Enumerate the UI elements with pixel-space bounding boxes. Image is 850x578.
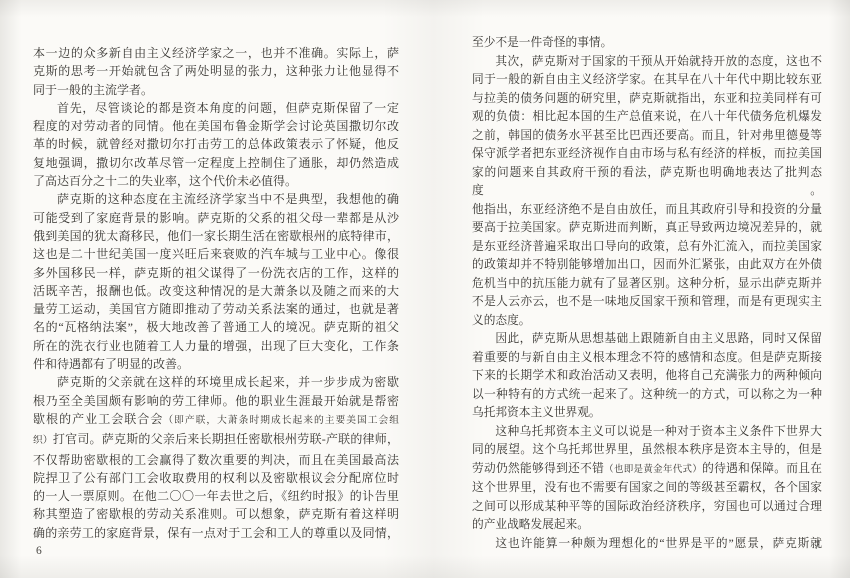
paragraph: 首先，尽管谈论的都是资本角度的问题，但萨克斯保留了一定程度的对劳动者的同情。他在… bbox=[33, 99, 399, 190]
inline-small-note: （即产联，大萧条时期成长起来的主要美国工会组 bbox=[163, 415, 399, 426]
text-line: 同于一般的新自由主义经济学家。在其早在八十年代中期比较东亚 bbox=[472, 71, 822, 90]
text-line: 家的问题来自其政府干预的看法，萨克斯也明确地表达了批判态度。 bbox=[472, 164, 822, 201]
text-line: 这种乌托邦资本主义可以说是一种对于资本主义条件下世界大 bbox=[472, 423, 822, 442]
paragraph: 因此，萨克斯从思想基础上跟随新自由主义思路，同时又保留着重要的与新自由主义根本理… bbox=[472, 330, 822, 423]
page-number-right: 7 bbox=[814, 540, 820, 552]
inline-small-note: 织） bbox=[33, 435, 53, 446]
text-line: 根乃至全美国颇有影响的劳工律师。他的职业生涯最开始就是帮密 bbox=[33, 392, 399, 410]
text-line: 革的时候，就曾经对撒切尔打击劳工的总体政策表示了怀疑，他反 bbox=[33, 135, 399, 153]
text-line: 劳动仍然能够得到还不错（也即是黄金年代式）的待遇和保障。而且在 bbox=[472, 460, 822, 480]
paragraph: 这也许能算一种颇为理想化的“世界是平的”愿景，萨克斯就 bbox=[472, 535, 822, 554]
text-line: 俄到美国的犹太裔移民，他们一家长期生活在密歇根州的底特律市， bbox=[33, 227, 399, 245]
left-page-text: 本一边的众多新自由主义经济学家之一，也并不准确。实际上，萨克斯的思考一开始就包含… bbox=[33, 44, 399, 542]
text-line: 萨克斯的这种态度在主流经济学家当中不是典型，我想他的确 bbox=[33, 190, 399, 208]
text-line: 是东亚经济普遍采取出口导向的政策，总有外汇流入，而拉美国家 bbox=[472, 238, 822, 257]
text-line: 确的亲劳工的家庭背景，保有一点对于工会和工人的尊重以及同情， bbox=[33, 524, 399, 542]
scan-speck bbox=[372, 530, 374, 532]
paragraph: 这种乌托邦资本主义可以说是一种对于资本主义条件下世界大同的展望。这个乌托邦世界里… bbox=[472, 423, 822, 535]
text-line: 他指出，东亚经济绝不是自由放任，而且其政府引导和投资的分量 bbox=[472, 201, 822, 220]
text-line: 不仅帮助密歇根的工会赢得了数次重要的判决，而且在美国最高法 bbox=[33, 451, 399, 469]
text-line: 萨克斯的父亲就在这样的环境里成长起来，并一步步成为密歇 bbox=[33, 373, 399, 391]
text-line: 可能受到了家庭背景的影响。萨克斯的父系的祖父母一辈都是从沙 bbox=[33, 209, 399, 227]
text-line: 同于一般的主流学者。 bbox=[33, 81, 399, 99]
book-spread: 本一边的众多新自由主义经济学家之一，也并不准确。实际上，萨克斯的思考一开始就包含… bbox=[0, 0, 850, 578]
page-number-left: 6 bbox=[36, 545, 42, 557]
text-line: 首先，尽管谈论的都是资本角度的问题，但萨克斯保留了一定 bbox=[33, 99, 399, 117]
text-line: 的产业战略发展起来。 bbox=[472, 516, 822, 535]
inline-small-note: （也即是黄金年代式） bbox=[604, 465, 702, 475]
text-line: 的政策却并不特别能够增加出口，因而外汇紧张，由此双方在外债 bbox=[472, 256, 822, 275]
text-line: 院捍卫了公有部门工会收取费用的权利以及密歇根议会分配席位时 bbox=[33, 469, 399, 487]
text-line: 程度的对劳动者的同情。他在美国布鲁金斯学会讨论英国撒切尔改 bbox=[33, 117, 399, 135]
paragraph: 萨克斯的父亲就在这样的环境里成长起来，并一步步成为密歇根乃至全美国颇有影响的劳工… bbox=[33, 373, 399, 542]
text-line: 之间可以形成某种平等的国际政治经济秩序，穷国也可以通过合理 bbox=[472, 498, 822, 517]
text-line: 乌托邦资本主义世界观。 bbox=[472, 404, 822, 423]
text-line: 名的“瓦格纳法案”，极大地改善了普通工人的境况。萨克斯的祖父 bbox=[33, 318, 399, 336]
text-line: 之前，韩国的债务水平甚至比巴西还要高。而且，针对弗里德曼等 bbox=[472, 127, 822, 146]
text-line: 至少不是一件奇怪的事情。 bbox=[472, 34, 822, 53]
text-line: 与拉美的债务问题的研究里，萨克斯就指出，东亚和拉美同样有可 bbox=[472, 90, 822, 109]
paragraph: 本一边的众多新自由主义经济学家之一，也并不准确。实际上，萨克斯的思考一开始就包含… bbox=[33, 44, 399, 99]
text-line: 义的态度。 bbox=[472, 312, 822, 331]
text-line: 多外国移民一样，萨克斯的祖父谋得了一份洗衣店的工作，这样的 bbox=[33, 264, 399, 282]
text-line: 其次，萨克斯对于国家的干预从开始就持开放的态度，这也不 bbox=[472, 53, 822, 72]
text-line: 复地强调，撒切尔改革尽管一定程度上控制住了通胀，却仍然造成 bbox=[33, 154, 399, 172]
text-line: 的一人一票原则。在他二〇〇一年去世之后，《纽约时报》的讣告里 bbox=[33, 487, 399, 505]
text-line: 不是人云亦云，也不是一味地反国家干预和管理，而是有更现实主 bbox=[472, 293, 822, 312]
paragraph: 至少不是一件奇怪的事情。 bbox=[472, 34, 822, 53]
text-line: 件和待遇都有了明显的改善。 bbox=[33, 355, 399, 373]
text-line: 危机当中的抗压能力就有了显著区别。这种分析，显示出萨克斯并 bbox=[472, 275, 822, 294]
text-line: 了高达百分之十二的失业率，这个代价未必值得。 bbox=[33, 172, 399, 190]
text-line: 织）打官司。萨克斯的父亲后来长期担任密歇根州劳联-产联的律师， bbox=[33, 430, 399, 450]
paragraph: 萨克斯的这种态度在主流经济学家当中不是典型，我想他的确可能受到了家庭背景的影响。… bbox=[33, 190, 399, 373]
text-line: 活既辛苦，报酬也低。改变这种情况的是大萧条以及随之而来的大 bbox=[33, 282, 399, 300]
text-line: 要高于拉美国家。萨克斯进而判断，真正导致两边境况差异的，就 bbox=[472, 219, 822, 238]
text-line: 这也是二十世纪美国一度兴旺后来衰败的汽车城与工业中心。像很 bbox=[33, 245, 399, 263]
text-line: 以一种特有的方式统一起来了。这种统一的方式，可以称之为一种 bbox=[472, 386, 822, 405]
text-line: 称其塑造了密歇根的劳动关系准则。可以想象，萨克斯有着这样明 bbox=[33, 505, 399, 523]
text-line: 着重要的与新自由主义根本理念不符的感情和态度。但是萨克斯接 bbox=[472, 349, 822, 368]
text-line: 保守派学者把东亚经济视作自由市场与私有经济的样板，而拉美国 bbox=[472, 145, 822, 164]
text-line: 这个世界里，没有也不需要有国家之间的等级甚至霸权，各个国家 bbox=[472, 479, 822, 498]
text-line: 歇根的产业工会联合会（即产联，大萧条时期成长起来的主要美国工会组 bbox=[33, 410, 399, 430]
text-line: 这也许能算一种颇为理想化的“世界是平的”愿景，萨克斯就 bbox=[472, 535, 822, 554]
text-line: 本一边的众多新自由主义经济学家之一，也并不准确。实际上，萨 bbox=[33, 44, 399, 62]
text-line: 所在的洗衣行业也随着工人力量的增强，出现了巨大变化，工作条 bbox=[33, 337, 399, 355]
text-line: 下来的长期学术和政治活动又表明，他将自己充满张力的两种倾向 bbox=[472, 367, 822, 386]
text-line: 量劳工运动，美国官方随即推动了劳动关系法案的通过，也就是著 bbox=[33, 300, 399, 318]
right-page-text: 至少不是一件奇怪的事情。其次，萨克斯对于国家的干预从开始就持开放的态度，这也不同… bbox=[472, 34, 822, 553]
text-line: 同的展望。这个乌托邦世界里，虽然根本秩序是资本主导的，但是 bbox=[472, 441, 822, 460]
text-line: 克斯的思考一开始就包含了两处明显的张力，这种张力让他显得不 bbox=[33, 62, 399, 80]
paragraph: 其次，萨克斯对于国家的干预从开始就持开放的态度，这也不同于一般的新自由主义经济学… bbox=[472, 53, 822, 331]
text-line: 因此，萨克斯从思想基础上跟随新自由主义思路，同时又保留 bbox=[472, 330, 822, 349]
text-line: 观的负债：相比起本国的生产总值来说，在八十年代债务危机爆发 bbox=[472, 108, 822, 127]
